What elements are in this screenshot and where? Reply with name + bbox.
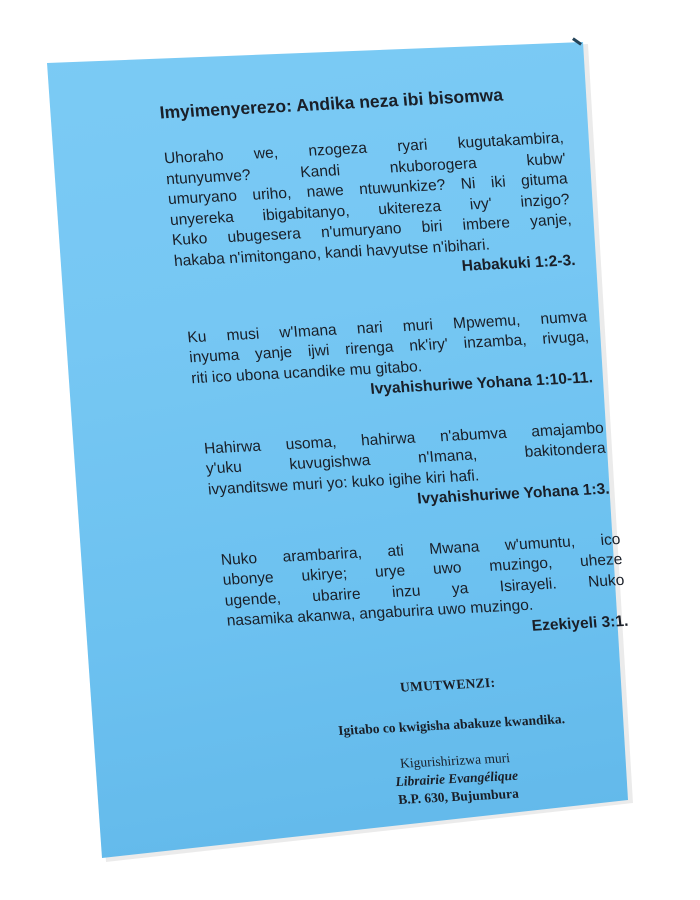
passage-ezekiyeli: Nuko arambarira, ati Mwana w'umuntu, ico… <box>220 530 629 653</box>
book-title: Igitabo co kwigisha abakuze kwandika. <box>251 707 652 744</box>
cover-text-block: Imyimenyerezo: Andika neza ibi bisomwa U… <box>150 73 639 817</box>
publisher-block: UMUTWENZI: Igitabo co kwigisha abakuze k… <box>247 667 659 815</box>
passage-habakuki: Uhoraho we, nzogeza ryari kugutakambira,… <box>163 128 576 292</box>
passage-yohana-1-3: Hahirwa usoma, hahirwa n'abumva amajambo… <box>203 418 610 521</box>
publisher-label: UMUTWENZI: <box>247 667 648 704</box>
passage-yohana-1-10: Ku musi w'Imana nari muri Mpwemu, numva … <box>186 307 593 410</box>
